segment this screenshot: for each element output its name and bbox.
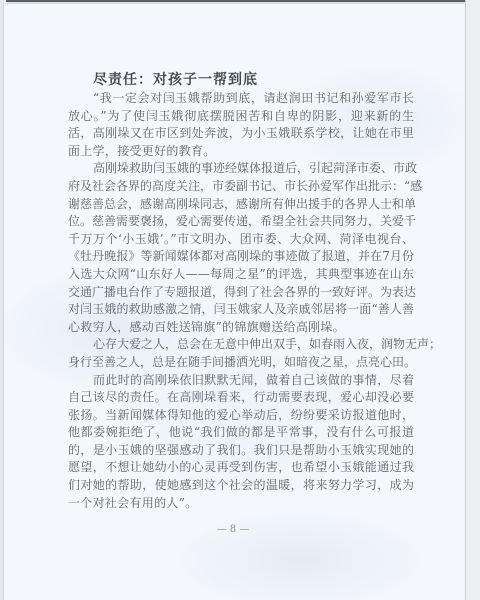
text-line: 他都委婉拒绝了，他说“我们做的都是平常事，没有什么可报道 [68,424,414,442]
text-line: 对闫玉娥的救助感激之情，闫玉娥家人及亲戚邻居将一面“善人善 [68,301,414,319]
text-line: 活，高刚垛又在市区到处奔波，为小玉娥联系学校，让她在市里 [68,125,414,143]
text-line: 愿望，不想让她幼小的心灵再受到伤害，也希望小玉娥能通过我 [68,459,414,477]
text-line: 入选大众网“山东好人——每周之星”的评选，其典型事迹在山东 [68,266,414,284]
section-heading: 尽责任：对孩子一帮到底 [93,70,258,90]
text-line: 身行至善之人，总是在随手间播洒光明，如暗夜之星，点亮心田。 [68,354,414,372]
text-line: 心救穷人，感动百姓送锦旗”的锦旗赠送给高刚垛。 [68,319,414,337]
scan-right-edge [465,0,480,600]
text-line: 高刚垛救助闫玉娥的事迹经媒体报道后，引起菏泽市委、市政 [68,160,414,178]
body-text: “我一定会对闫玉娥帮助到底，请赵润田书记和孙爱军市长 放心。”为了使闫玉娥彻底摆… [68,90,414,512]
scan-left-edge [0,0,4,600]
text-line: 《牡丹晚报》等新闻媒体都对高刚垛的事迹做了报道，并在7月份 [68,248,414,266]
text-line: 们对她的帮助，使她感到这个社会的温暖，将来努力学习，成为 [68,477,414,495]
text-line: 张扬。当新闻媒体得知他的爱心举动后，纷纷要采访报道他时， [68,407,414,425]
text-line: 千万万个‘小玉娥’。”市文明办、团市委、大众网、菏泽电视台、 [68,231,414,249]
text-line: 的，是小玉娥的坚强感动了我们。我们只是帮助小玉娥实现她的 [68,442,414,460]
text-line: 位。慈善需要褒扬，爱心需要传递，希望全社会共同努力，关爱千 [68,213,414,231]
paragraph-1: “我一定会对闫玉娥帮助到底，请赵润田书记和孙爱军市长 放心。”为了使闫玉娥彻底摆… [68,90,414,160]
paragraph-3: 心存大爱之人，总会在无意中伸出双手，如春雨入夜，润物无声； 身行至善之人，总是在… [68,336,414,371]
text-line: 面上学，接受更好的教育。 [68,143,414,161]
text-line: 谢慈善总会，感谢高刚垛同志，感谢所有伸出援手的各界人士和单 [68,196,414,214]
scan-top-shadow [6,2,468,4]
paragraph-2: 高刚垛救助闫玉娥的事迹经媒体报道后，引起菏泽市委、市政 府及社会各界的高度关注，… [68,160,414,336]
text-line: 一个对社会有用的人”。 [68,495,414,513]
text-line: 交通广播电台作了专题报道，得到了社会各界的一致好评。为表达 [68,284,414,302]
text-line: 而此时的高刚垛依旧默默无闻，做着自己该做的事情，尽着 [68,372,414,390]
text-line: 府及社会各界的高度关注，市委副书记、市长孙爱军作出批示：“感 [68,178,414,196]
text-line: “我一定会对闫玉娥帮助到底，请赵润田书记和孙爱军市长 [68,90,414,108]
page-number: — 8 — [203,522,263,538]
text-line: 放心。”为了使闫玉娥彻底摆脱困苦和自卑的阴影，迎来新的生 [68,108,414,126]
scanned-page: 尽责任：对孩子一帮到底 “我一定会对闫玉娥帮助到底，请赵润田书记和孙爱军市长 放… [0,0,480,600]
text-line: 心存大爱之人，总会在无意中伸出双手，如春雨入夜，润物无声； [68,336,414,354]
text-line: 自己该尽的责任。在高刚垛看来，行动需要表现，爱心却没必要 [68,389,414,407]
paragraph-4: 而此时的高刚垛依旧默默无闻，做着自己该做的事情，尽着 自己该尽的责任。在高刚垛看… [68,372,414,513]
